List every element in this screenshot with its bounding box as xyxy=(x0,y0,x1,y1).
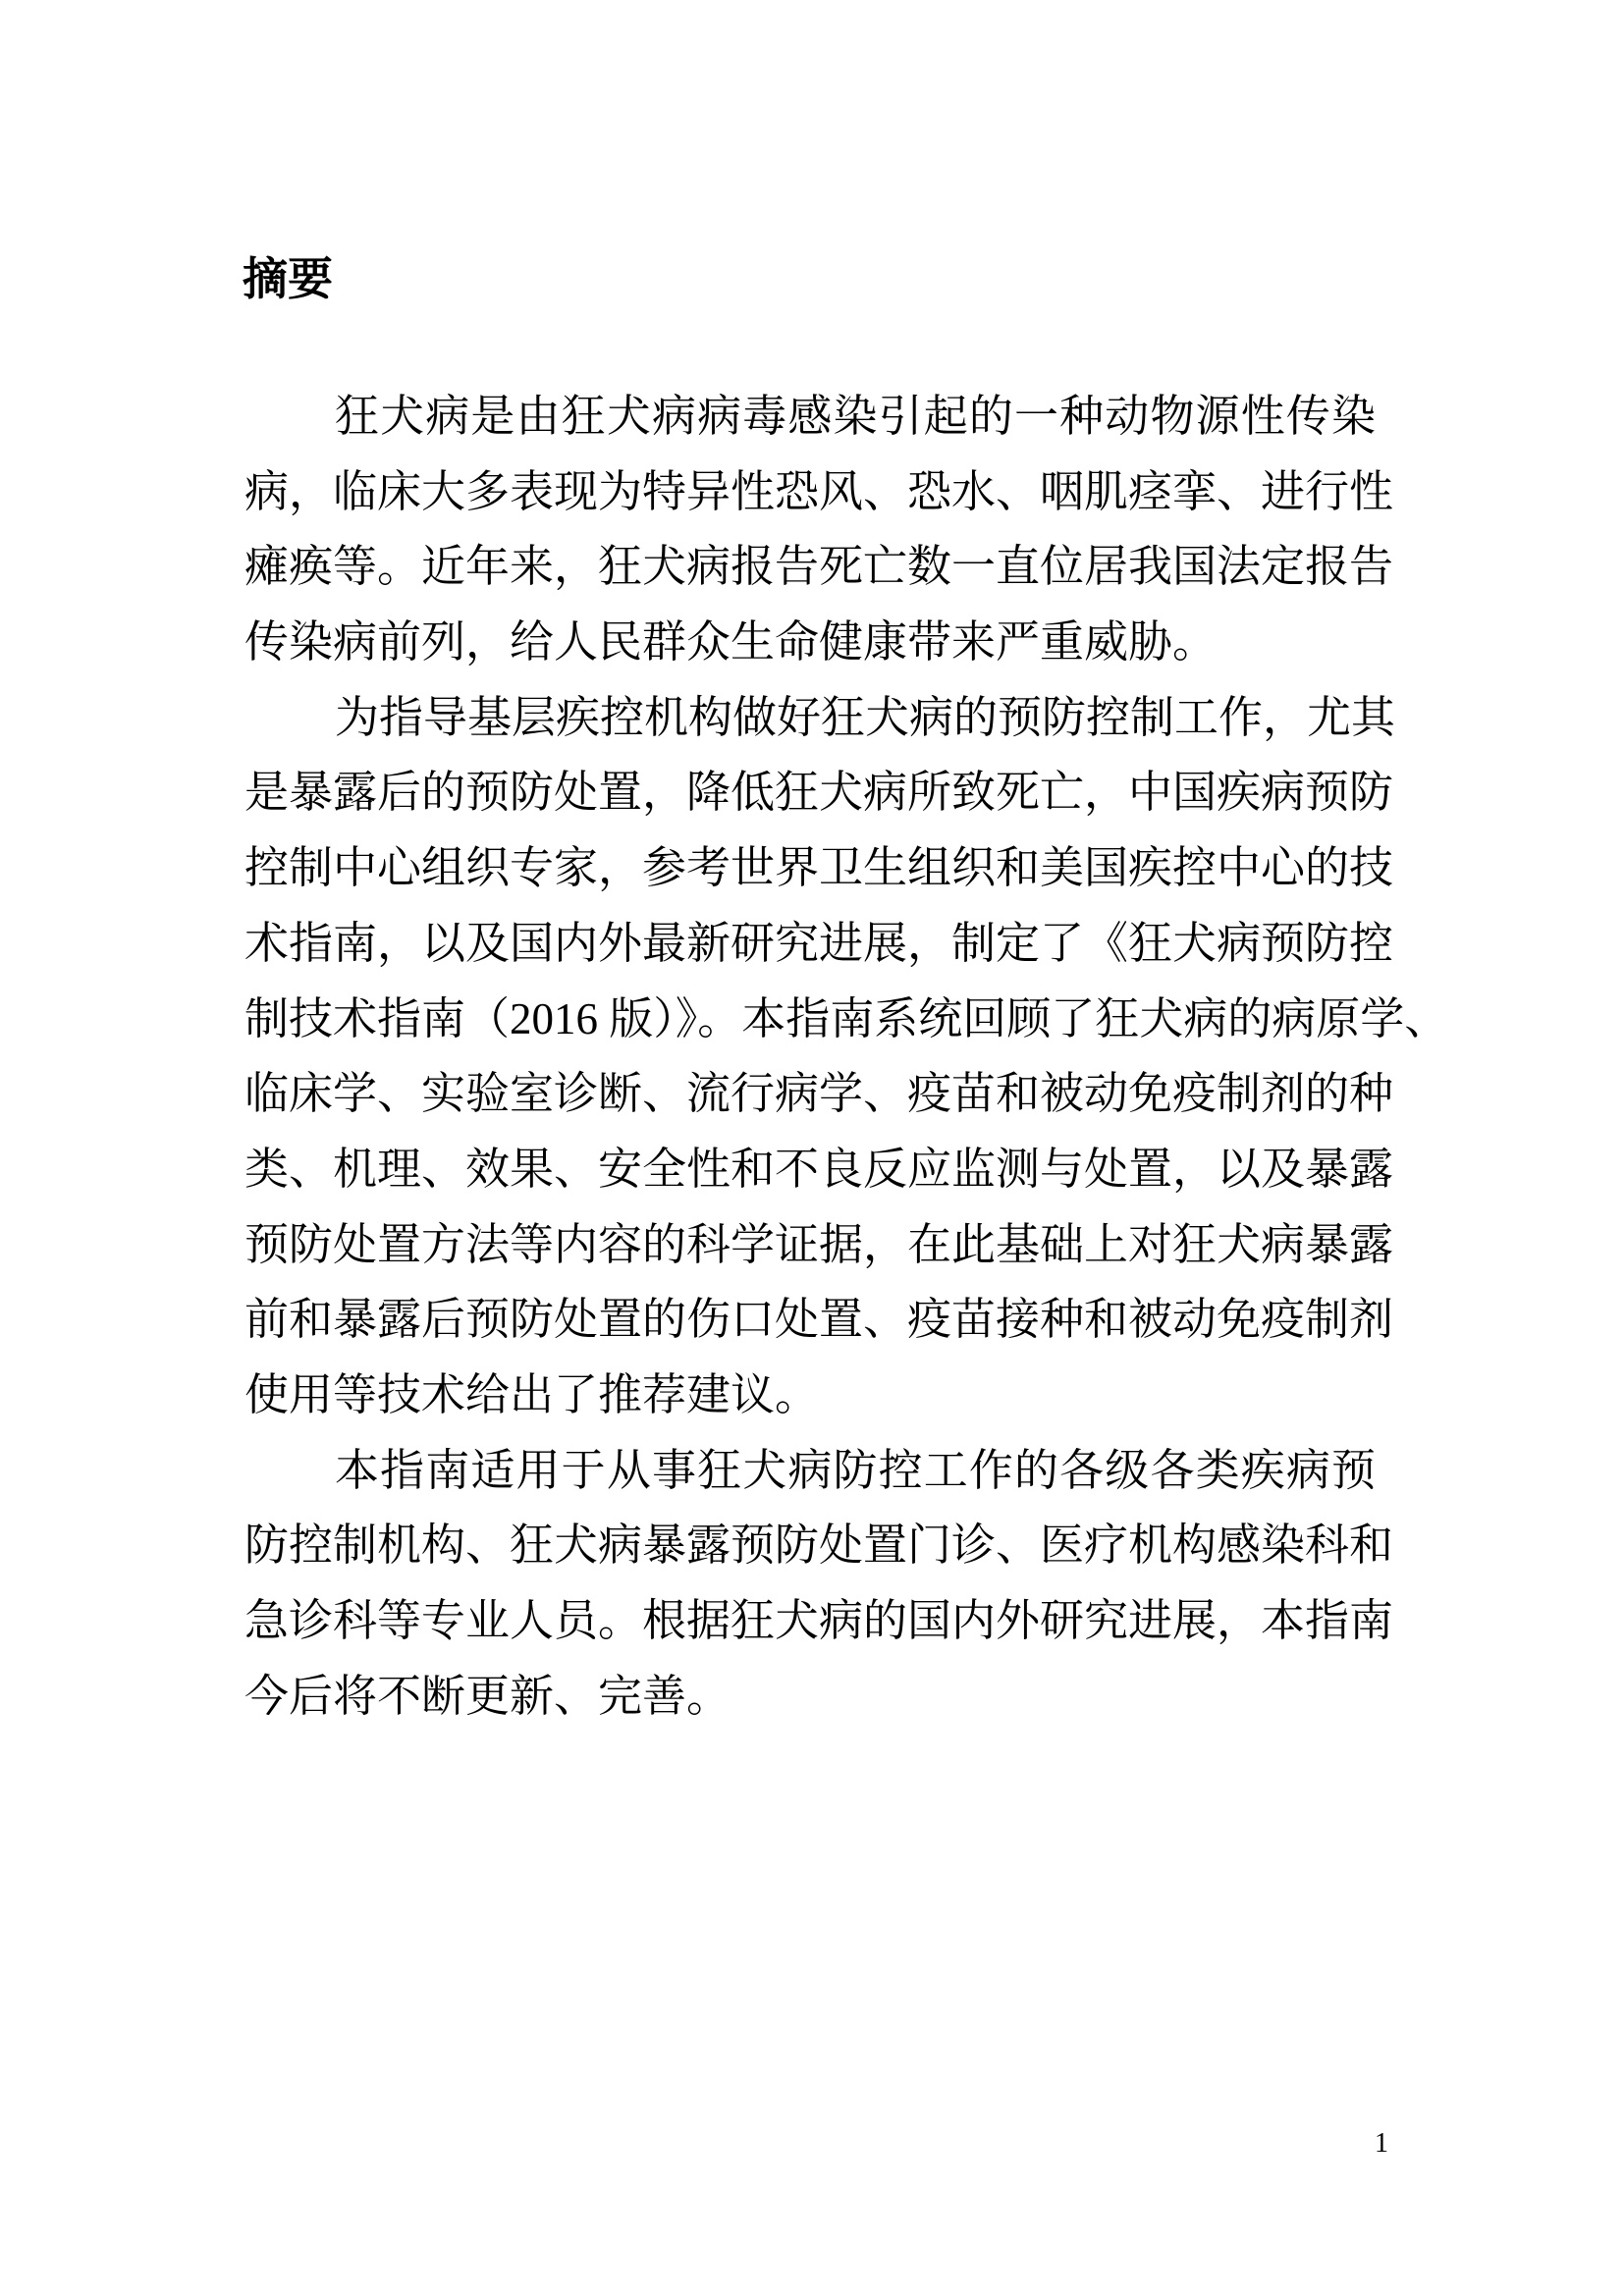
text-line: 传染病前列，给人民群众生命健康带来严重威胁。 xyxy=(244,605,1376,680)
abstract-body: 狂犬病是由狂犬病病毒感染引起的一种动物源性传染病，临床大多表现为特异性恐风、恐水… xyxy=(244,379,1376,1734)
text-line: 临床学、实验室诊断、流行病学、疫苗和被动免疫制剂的种 xyxy=(244,1056,1376,1132)
text-line: 病，临床大多表现为特异性恐风、恐水、咽肌痉挛、进行性 xyxy=(244,454,1376,530)
text-line: 瘫痪等。近年来，狂犬病报告死亡数一直位居我国法定报告 xyxy=(244,529,1376,605)
text-line: 防控制机构、狂犬病暴露预防处置门诊、医疗机构感染科和 xyxy=(244,1508,1376,1583)
text-line: 制技术指南（2016 版）》。本指南系统回顾了狂犬病的病原学、 xyxy=(244,982,1376,1057)
text-line: 预防处置方法等内容的科学证据，在此基础上对狂犬病暴露 xyxy=(244,1207,1376,1283)
text-line: 狂犬病是由狂犬病病毒感染引起的一种动物源性传染 xyxy=(244,379,1376,454)
text-line: 本指南适用于从事狂犬病防控工作的各级各类疾病预 xyxy=(244,1433,1376,1509)
document-page: 摘要 狂犬病是由狂犬病病毒感染引起的一种动物源性传染病，临床大多表现为特异性恐风… xyxy=(0,0,1624,2296)
text-line: 为指导基层疾控机构做好狂犬病的预防控制工作，尤其 xyxy=(244,680,1376,756)
text-line: 使用等技术给出了推荐建议。 xyxy=(244,1358,1376,1433)
page-number: 1 xyxy=(1375,2129,1388,2159)
text-line: 控制中心组织专家，参考世界卫生组织和美国疾控中心的技 xyxy=(244,830,1376,906)
text-line: 是暴露后的预防处置，降低狂犬病所致死亡，中国疾病预防 xyxy=(244,755,1376,830)
text-line: 急诊科等专业人员。根据狂犬病的国内外研究进展，本指南 xyxy=(244,1583,1376,1659)
text-line: 前和暴露后预防处置的伤口处置、疫苗接种和被动免疫制剂 xyxy=(244,1282,1376,1358)
page-title: 摘要 xyxy=(243,255,333,302)
text-line: 今后将不断更新、完善。 xyxy=(244,1659,1376,1735)
text-line: 术指南，以及国内外最新研究进展，制定了《狂犬病预防控 xyxy=(244,906,1376,982)
text-line: 类、机理、效果、安全性和不良反应监测与处置，以及暴露 xyxy=(244,1132,1376,1207)
